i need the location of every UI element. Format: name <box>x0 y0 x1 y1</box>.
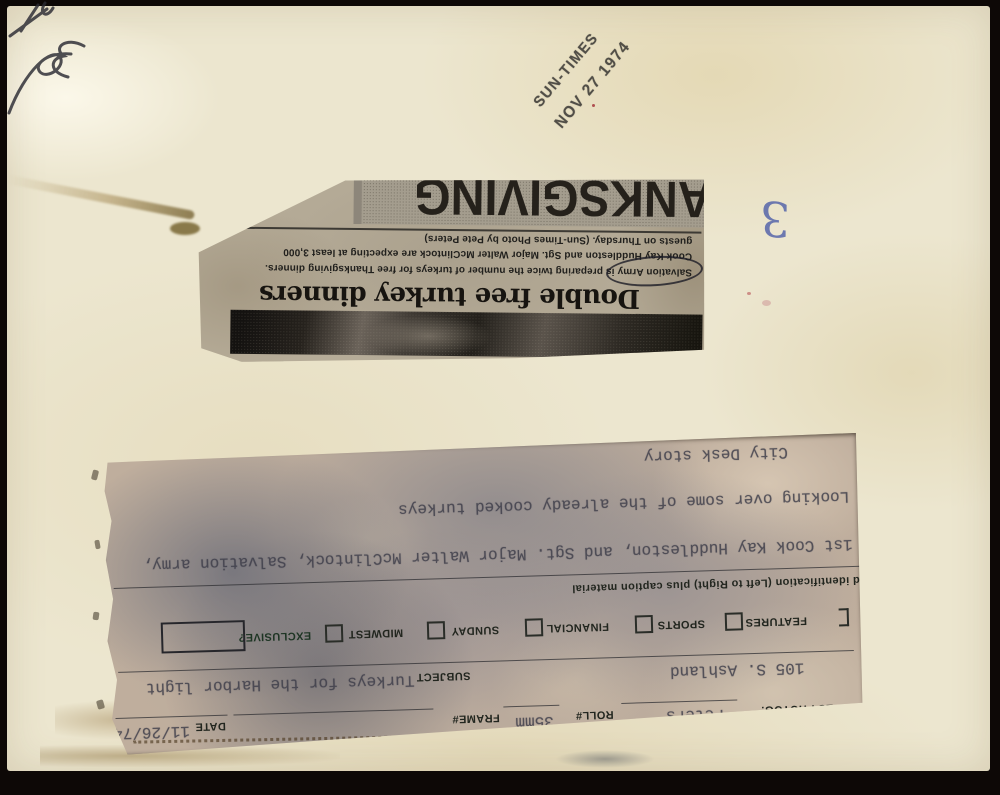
caption-line-1: is preparing twice the number of turkeys… <box>265 262 618 277</box>
rule-photog <box>621 700 737 704</box>
caption-form: ES PHOTOG: Peters ROLL# 35mm FRAME# DATE… <box>100 433 867 755</box>
rule-roll <box>503 705 559 708</box>
checkbox-sunday <box>427 621 446 640</box>
checkbox-midwest <box>325 624 344 643</box>
checkbox-label-midwest: MIDWEST <box>348 626 403 640</box>
scan-stage: 3 SUN-TIMES NOV 27 1974 Double free turk… <box>0 0 1000 795</box>
handwritten-marks <box>0 0 130 130</box>
handwritten-number-3-blue: 3 <box>745 181 805 252</box>
checkbox-label-sports: SPORTS <box>657 617 705 630</box>
pen-stroke <box>10 9 47 36</box>
edge-fray-3 <box>92 612 99 621</box>
roll-label: ROLL# <box>575 708 613 721</box>
rule-frame <box>233 709 433 716</box>
typed-line-desk: City Desk story <box>644 443 789 465</box>
pen-scribble-word <box>9 54 71 113</box>
checkbox-label-features: FEATURES <box>745 614 807 628</box>
subject-value: Turkeys for the Harbor light <box>146 671 415 697</box>
pen-circle-annotation: Salvation Army <box>617 263 692 279</box>
checkbox-financial <box>525 618 544 637</box>
newsprint-photo-strip <box>230 310 702 359</box>
checkbox-sports <box>635 615 654 634</box>
checkbox-cut <box>839 608 850 626</box>
typed-line-description: Looking over some of the already cooked … <box>398 487 850 518</box>
date-label: DATE <box>195 720 226 733</box>
checkbox-label-financial: FINANCIAL <box>546 620 609 634</box>
frame-label: FRAME# <box>452 712 500 725</box>
pen-number-3 <box>53 42 84 77</box>
checkbox-label-sunday: SUNDAY <box>451 624 499 637</box>
clipping-caption: Salvation Army is preparing twice the nu… <box>208 228 692 280</box>
address-value: 105 S. Ashland <box>670 659 805 681</box>
caption-line-3: guests on Thursday. (Sun-Times Photo by … <box>424 233 692 247</box>
exclusive-box <box>161 620 246 653</box>
caption-form-content: ES PHOTOG: Peters ROLL# 35mm FRAME# DATE… <box>100 433 867 755</box>
clipping-headline: Double free turkey dinners <box>235 279 665 314</box>
form-instruction: d identification (Left to Right) plus ca… <box>572 574 860 595</box>
checkbox-features <box>725 612 744 631</box>
rule-date <box>116 715 228 719</box>
subject-label: SUBJECT <box>416 669 470 683</box>
checkbox-label-exclusive: EXCLUSIVE? <box>238 629 311 643</box>
